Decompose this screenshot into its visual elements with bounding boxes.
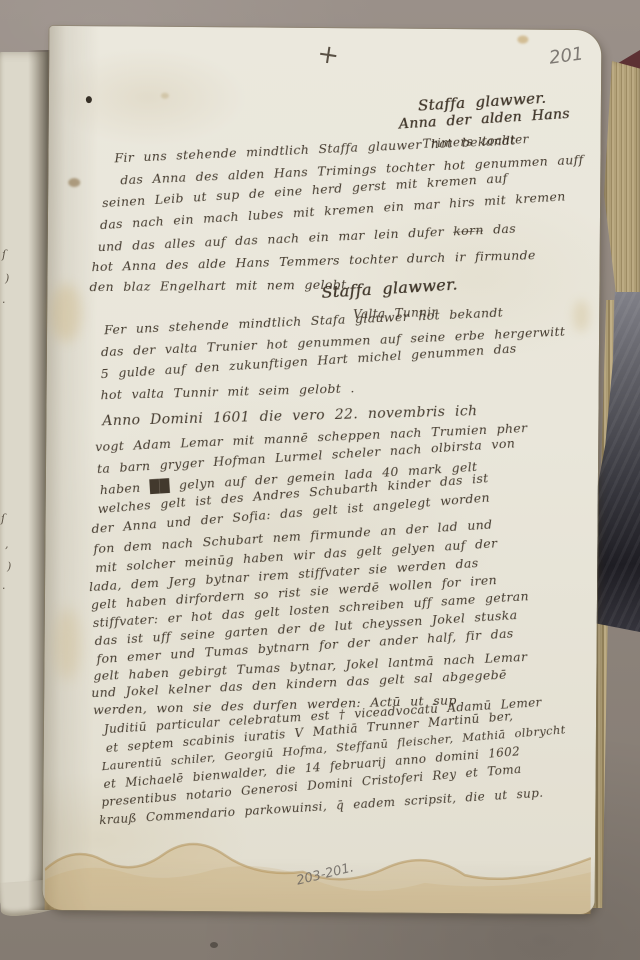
left-page-marks: ſ)·ſ,)·	[0, 0, 48, 960]
ink-fragment: ·	[2, 582, 6, 595]
ink-fragment: ·	[2, 296, 6, 309]
handwriting-line: den blaz Engelhart mit nem gelobt.	[89, 277, 351, 295]
ink-fragment: )	[5, 272, 9, 285]
ink-fragment: ſ	[1, 512, 5, 525]
handwriting-line: hot valta Tunnir mit seim gelobt .	[100, 380, 355, 402]
manuscript-page: + 201 203-201. Staffa glawwer.Anna der a…	[43, 26, 602, 914]
background-speck	[210, 942, 218, 948]
handwriting: Staffa glawwer.Anna der alden HansTrimer…	[43, 26, 602, 914]
ink-fragment: )	[7, 560, 11, 573]
ink-fragment: ſ	[2, 248, 6, 261]
ink-fragment: ,	[5, 538, 9, 551]
